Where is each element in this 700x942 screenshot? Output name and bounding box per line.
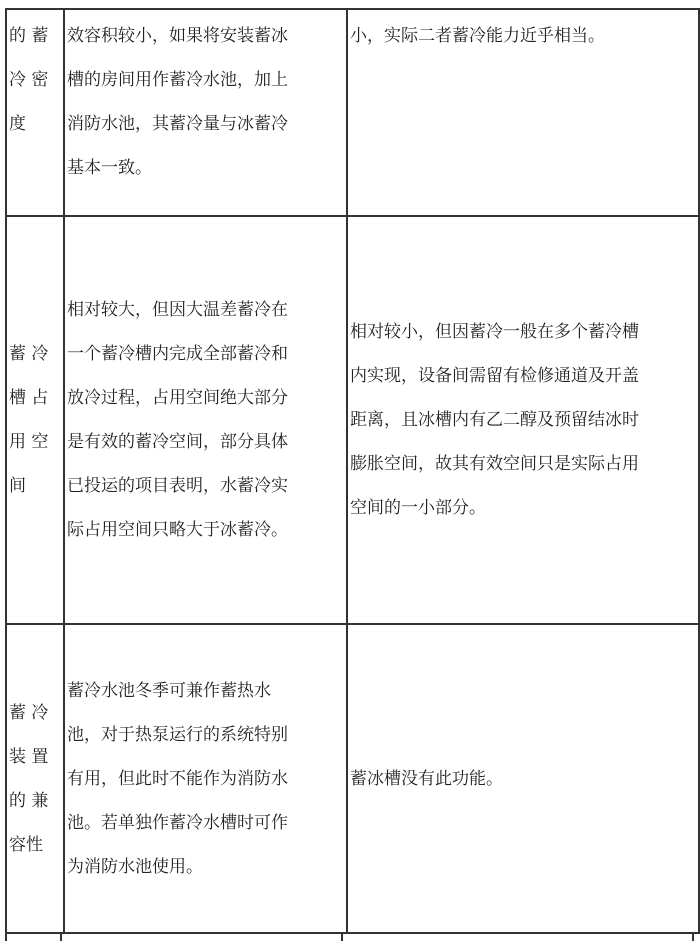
text-line: 效容积较小，如果将安装蓄冰: [67, 14, 344, 58]
table-row-compatibility: 蓄 冷 装 置 的 兼 容性 蓄冷水池冬季可兼作蓄热水 池，对于热泵运行的系统特…: [6, 624, 699, 933]
text-line: 放冷过程，占用空间绝大部分: [67, 376, 344, 420]
text-line: 相对较大，但因大温差蓄冷在: [67, 288, 344, 332]
text-line: 空间的一小部分。: [350, 486, 696, 530]
category-line: 容性: [9, 823, 61, 867]
text-line: 际占用空间只略大于冰蓄冷。: [67, 508, 344, 552]
category-cell: 蓄 冷 装 置 的 兼 容性: [6, 624, 64, 933]
text-line: 相对较小，但因蓄冷一般在多个蓄冷槽: [350, 310, 696, 354]
category-cell: 的 蓄 冷 密 度: [6, 9, 64, 216]
category-line: 蓄 冷: [9, 332, 61, 376]
text-line: 为消防水池使用。: [67, 845, 344, 889]
text-line: 蓄冰槽没有此功能。: [350, 757, 696, 801]
text-line: 内实现，设备间需留有检修通道及开盖: [350, 354, 696, 398]
water-storage-cell: 相对较大，但因大温差蓄冷在 一个蓄冷槽内完成全部蓄冷和 放冷过程，占用空间绝大部…: [64, 216, 347, 624]
category-line: 冷 密: [9, 58, 61, 102]
text-line: 池，对于热泵运行的系统特别: [67, 713, 344, 757]
category-line: 间: [9, 464, 61, 508]
comparison-table: 的 蓄 冷 密 度 效容积较小，如果将安装蓄冰 槽的房间用作蓄冷水池，加上 消防…: [5, 8, 700, 934]
category-line: 的 兼: [9, 779, 61, 823]
category-line: 装 置: [9, 735, 61, 779]
text-line: 已投运的项目表明，水蓄冷实: [67, 464, 344, 508]
text-line: 是有效的蓄冷空间，部分具体: [67, 420, 344, 464]
category-line: 的 蓄: [9, 14, 61, 58]
text-line: 一个蓄冷槽内完成全部蓄冷和: [67, 332, 344, 376]
ice-storage-cell: 小，实际二者蓄冷能力近乎相当。: [347, 9, 699, 216]
text-line: 池。若单独作蓄冷水槽时可作: [67, 801, 344, 845]
table-row-density: 的 蓄 冷 密 度 效容积较小，如果将安装蓄冰 槽的房间用作蓄冷水池，加上 消防…: [6, 9, 699, 216]
text-line: 膨胀空间，故其有效空间只是实际占用: [350, 442, 696, 486]
category-line: 用 空: [9, 420, 61, 464]
water-storage-cell: 效容积较小，如果将安装蓄冰 槽的房间用作蓄冷水池，加上 消防水池，其蓄冷量与冰蓄…: [64, 9, 347, 216]
table-continuation-mark: [341, 933, 343, 941]
table-continuation-mark: [60, 933, 62, 941]
ice-storage-cell: 蓄冰槽没有此功能。: [347, 624, 699, 933]
category-line: 度: [9, 102, 61, 146]
table-continuation-mark: [5, 933, 7, 941]
ice-storage-cell: 相对较小，但因蓄冷一般在多个蓄冷槽 内实现，设备间需留有检修通道及开盖 距离，且…: [347, 216, 699, 624]
category-cell: 蓄 冷 槽 占 用 空 间: [6, 216, 64, 624]
text-line: 有用，但此时不能作为消防水: [67, 757, 344, 801]
text-line: 基本一致。: [67, 146, 344, 190]
table-continuation-mark: [692, 933, 694, 941]
category-line: 槽 占: [9, 376, 61, 420]
text-line: 小，实际二者蓄冷能力近乎相当。: [350, 14, 696, 58]
text-line: 槽的房间用作蓄冷水池，加上: [67, 58, 344, 102]
water-storage-cell: 蓄冷水池冬季可兼作蓄热水 池，对于热泵运行的系统特别 有用，但此时不能作为消防水…: [64, 624, 347, 933]
text-line: 距离，且冰槽内有乙二醇及预留结冰时: [350, 398, 696, 442]
category-line: 蓄 冷: [9, 691, 61, 735]
text-line: 蓄冷水池冬季可兼作蓄热水: [67, 669, 344, 713]
table-row-space-occupation: 蓄 冷 槽 占 用 空 间 相对较大，但因大温差蓄冷在 一个蓄冷槽内完成全部蓄冷…: [6, 216, 699, 624]
text-line: 消防水池，其蓄冷量与冰蓄冷: [67, 102, 344, 146]
